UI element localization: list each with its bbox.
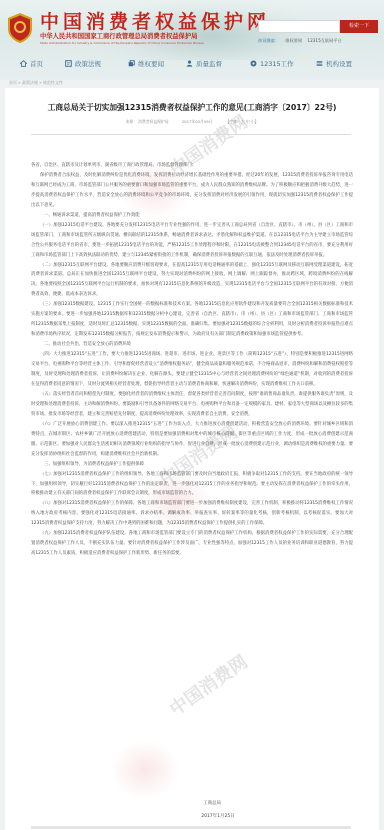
paragraph: （八）加强对12315消费者权益保护工作的保障。各地工商和市场监管部门要进一步加… — [31, 499, 353, 529]
paragraph: （三）加强12315数据建设。12315工作实行全国统一的数据标准和技术方案。各… — [31, 300, 353, 340]
article-body: 各省、自治区、直辖市及计划单列市、副省级市工商行政管理局、市场监督管理部门： 保… — [31, 161, 353, 559]
nav-item-quality[interactable]: 质量监督 — [186, 59, 222, 68]
document-icon — [65, 60, 72, 67]
nav-item-label: 维权要闻 — [138, 59, 164, 68]
main-nav: 首页 政策法规 维权要闻 质量监督 12315工作 机构设置 — [0, 56, 384, 72]
paragraph: （五）落实经营者首问和赔偿先付制度。要强化经营者的消费维权主体责任，督促各类经营… — [31, 390, 353, 420]
paragraph: （七）加强对12315消费者权益保护工作的组织领导。各地工商和市场监管部门要及时… — [31, 470, 353, 500]
user-icon — [186, 60, 193, 67]
logo-emblem-icon[interactable] — [6, 12, 34, 44]
nav-item-label: 机构设置 — [326, 59, 352, 68]
paragraph-salutation: 各省、自治区、直辖市及计划单列市、副省级市工商行政管理局、市场监督管理部门： — [31, 161, 353, 171]
article-title: 工商总局关于切实加强12315消费者权益保护工作的意见(工商消字〔2017〕22… — [0, 102, 384, 113]
article-meta: 来源： 消费者权益保护局 2017年03月09日 【字体：大 中 小】 — [0, 119, 384, 125]
nav-item-label: 12315工作 — [260, 59, 294, 68]
site-subtitle: 中华人民共和国国家工商行政管理总局消费者权益保护局 — [40, 33, 197, 40]
nav-item-home[interactable]: 首页 — [20, 59, 43, 68]
paragraph: 保护消费者合法权益，及时化解消费纠纷是优化消费环境，发挥消费拉动经济增长基础性作… — [31, 171, 353, 211]
nav-item-12315[interactable]: 12315工作 — [250, 59, 294, 68]
hot-search: 热词搜索： 维权要闻 12315互联网平台 — [258, 38, 346, 44]
home-icon — [20, 60, 27, 67]
paragraph: （六）广泛开展放心消费创建工作。要以深入推进12315“五进”工作为切入点，大力… — [31, 420, 353, 460]
section-heading: 一、畅通诉求渠道，提高消费者权益保护工作效能 — [31, 211, 353, 221]
hot-search-label: 热词搜索： — [258, 38, 279, 43]
paragraph: （四）大力推进12315“五进”工作。要大力推进12315进商场、进超市、进市场… — [31, 350, 353, 390]
nav-item-label: 政策法规 — [75, 59, 101, 68]
font-size-switcher[interactable]: 【字体：大 中 小】 — [226, 119, 259, 124]
breadcrumb[interactable]: 首页 » 政策法规 » 规范性文件 — [9, 80, 63, 86]
news-icon — [128, 60, 135, 67]
site-title[interactable]: 中国消费者权益保护网 — [40, 12, 270, 32]
hot-search-item[interactable]: 维权要闻 — [285, 38, 302, 43]
section-heading: 二、推动社会共治，营造安全放心的消费环境 — [31, 340, 353, 350]
gear-icon — [250, 60, 257, 67]
nav-item-organization[interactable]: 机构设置 — [316, 59, 352, 68]
bottom-divider — [31, 826, 351, 829]
paragraph: （九）加强12315消费者权益保护队伍建设。各地工商和市场监管部门要设立专门的消… — [31, 529, 353, 559]
search-button[interactable]: 检索一下 — [340, 20, 378, 33]
site-header: 中国消费者权益保护网 中华人民共和国国家工商行政管理总局消费者权益保护局 Sta… — [0, 0, 384, 80]
article-source: 来源： 消费者权益保护局 — [126, 119, 169, 124]
signature: 工商总局 — [20, 800, 384, 806]
nav-item-label: 首页 — [30, 59, 43, 68]
list-icon — [316, 60, 323, 67]
search-input[interactable] — [258, 20, 340, 33]
hot-search-item[interactable]: 12315互联网平台 — [307, 38, 341, 43]
sign-date: 2017年1月25日 — [26, 813, 384, 819]
nav-item-news[interactable]: 维权要闻 — [128, 59, 164, 68]
nav-item-label: 质量监督 — [196, 59, 222, 68]
site-subtitle-english: State Administration for Industry & Comm… — [40, 41, 204, 45]
paragraph: （一）加强12315电话平台建设。各地要充分发挥12315电话平台专业性强的作用… — [31, 221, 353, 261]
title-divider — [31, 134, 351, 135]
article-date: 2017年03月09日 — [182, 119, 213, 124]
paragraph: （二）加强12315互联网平台建设。各地要顺应消费升级客观要求，在提高12315… — [31, 261, 353, 301]
nav-item-policy[interactable]: 政策法规 — [65, 59, 101, 68]
section-heading: 三、加强组织领导，为消费者权益保护工作提供保障 — [31, 460, 353, 470]
